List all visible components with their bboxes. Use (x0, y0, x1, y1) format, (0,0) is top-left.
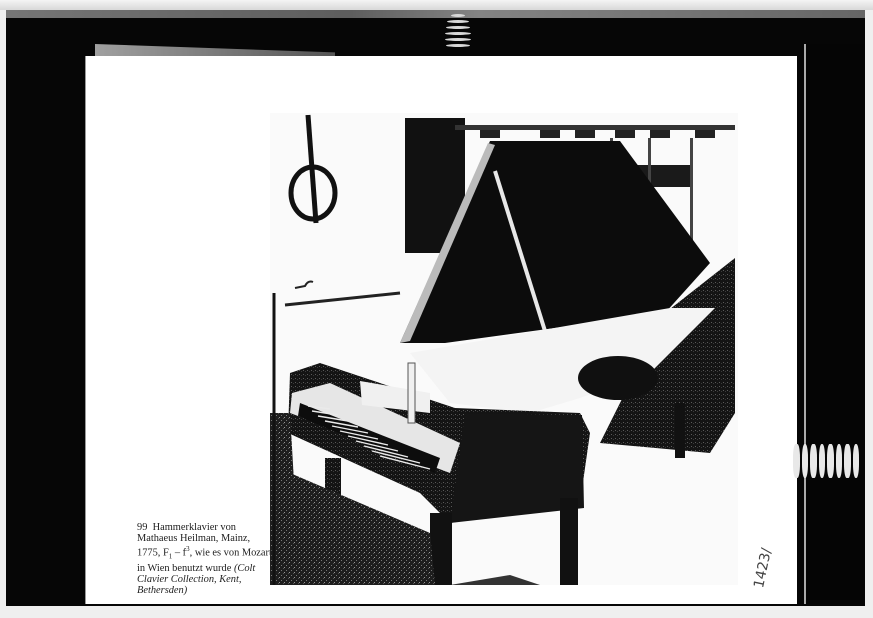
figure-number: 99 (137, 522, 147, 533)
caption-line-4: in Wien benutzt wurde (137, 563, 231, 574)
caption-line-1: Hammerklavier von (153, 522, 236, 533)
caption-line-3a: 1775, F (137, 547, 169, 558)
book-top-edge (6, 10, 865, 18)
figure-photograph (270, 113, 738, 585)
caption-line-3b: – f (172, 547, 186, 558)
hammerklavier-photo (270, 113, 738, 585)
binding-stripes-side (793, 444, 859, 478)
figure-caption: 99 Hammerklavier von Mathaeus Heilman, M… (137, 522, 277, 596)
scanner-top-edge (0, 0, 873, 10)
caption-line-3c: , wie es von Mozart (190, 547, 272, 558)
binding-stripes-top (443, 14, 473, 54)
right-frame-shadow (804, 44, 864, 604)
caption-line-2: Mathaeus Heilman, Mainz, (137, 533, 250, 544)
